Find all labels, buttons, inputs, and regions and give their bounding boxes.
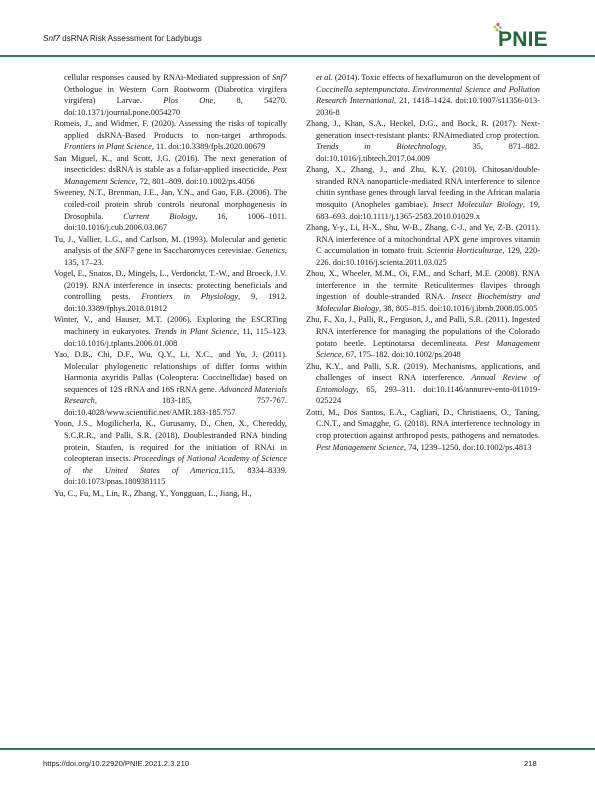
reference-entry: Zhou, X., Wheeler, M.M., Oi, F.M., and S…	[306, 268, 540, 314]
italic-title: Trends in Plant Science	[154, 327, 237, 336]
reference-entry: Zotti, M., Dos Santos, E.A., Cagliari, D…	[306, 407, 540, 453]
italic-title: Snf7	[272, 73, 287, 82]
reference-entry: Zhang, X., Zhang, J., and Zhu, K.Y. (201…	[306, 164, 540, 222]
page-number: 218	[524, 759, 537, 768]
italic-title: Proceedings of National Academy of Scien…	[64, 454, 287, 475]
reference-entry: Zhu, K.Y., and Palli, S.R. (2019). Mecha…	[306, 361, 540, 407]
italic-title: Insect Biochemistry and Molecular Biolog…	[316, 292, 540, 313]
reference-entry: Sweeney, N.T., Brenman, J.E., Jan, Y.N.,…	[54, 187, 287, 233]
reference-continuation: et al. (2014). Toxic effects of hexaflum…	[306, 72, 540, 118]
italic-title: Advanced Materials Research	[64, 385, 287, 406]
italic-title: Plos One	[163, 96, 213, 105]
italic-title: Current Biology	[123, 212, 195, 221]
reference-entry: Vogel, E., Snatos, D., Mingels, L., Verd…	[54, 268, 287, 314]
italic-title: Annual Review of Entomology	[316, 373, 540, 394]
italic-title: Pest Management Science	[316, 443, 404, 452]
reference-entry: Zhang, Y-y., Li, H-X., Shu, W-B., Zhang,…	[306, 222, 540, 268]
reference-continuation: cellular responses caused by RNAi-Mediat…	[54, 72, 287, 118]
reference-entry: Winter, V., and Hauser, M.T. (2006). Exp…	[54, 314, 287, 349]
footer-doi-link[interactable]: https://doi.org/10.22920/PNIE.2021.2.3.2…	[43, 759, 189, 768]
reference-entry: Zhang, J., Khan, S.A., Heckel, D.G., and…	[306, 118, 540, 164]
reference-entry: Yoon, J.S., Mogilicherla, K., Gurusamy, …	[54, 418, 287, 487]
running-title-gene: Snf7	[43, 34, 60, 43]
reference-entry: Yu, C., Fu, M., Lin, R., Zhang, Y., Yong…	[54, 488, 287, 500]
reference-entry: Yao, D.B., Chi, D.F., Wu, Q.Y., Li, X.C.…	[54, 349, 287, 418]
reference-entry: Romeis, J., and Widmer, F. (2020). Asses…	[54, 118, 287, 153]
reference-entry: Tu, J., Vallier, L.G., and Carlson, M. (…	[54, 234, 287, 269]
italic-title: Scientia Horticulturae	[427, 246, 503, 255]
header-divider	[0, 55, 595, 57]
italic-title: Frontiers in Plant Science	[64, 142, 152, 151]
reference-entry: San Miguel, K., and Scott, J.G. (2016). …	[54, 153, 287, 188]
italic-title: Coccinella septempunctata	[316, 85, 408, 94]
footer-divider	[0, 748, 595, 750]
page-header: Snf7 dsRNA Risk Assessment for Ladybugs …	[0, 0, 595, 56]
running-title: Snf7 dsRNA Risk Assessment for Ladybugs	[43, 34, 202, 43]
italic-title: et al	[316, 73, 331, 82]
italic-title: Insect Molecular Biology	[433, 200, 523, 209]
italic-title: Pest Management Science	[316, 339, 540, 360]
italic-title: Trends in Biotechnology	[316, 142, 445, 151]
italic-title: Genetics	[256, 246, 285, 255]
references-right-column: et al. (2014). Toxic effects of hexaflum…	[306, 72, 540, 453]
references-left-column: cellular responses caused by RNAi-Mediat…	[54, 72, 287, 499]
journal-logo: PNIE	[492, 22, 552, 52]
italic-title: SNF7	[115, 246, 134, 255]
reference-entry: Zhu, F., Xu, J., Palli, R., Ferguson, J.…	[306, 314, 540, 360]
italic-title: Frontiers in Physiology	[141, 292, 238, 301]
logo-text: PNIE	[498, 28, 548, 52]
running-title-text: dsRNA Risk Assessment for Ladybugs	[60, 34, 202, 43]
italic-title: Pest Management Science	[64, 165, 287, 186]
